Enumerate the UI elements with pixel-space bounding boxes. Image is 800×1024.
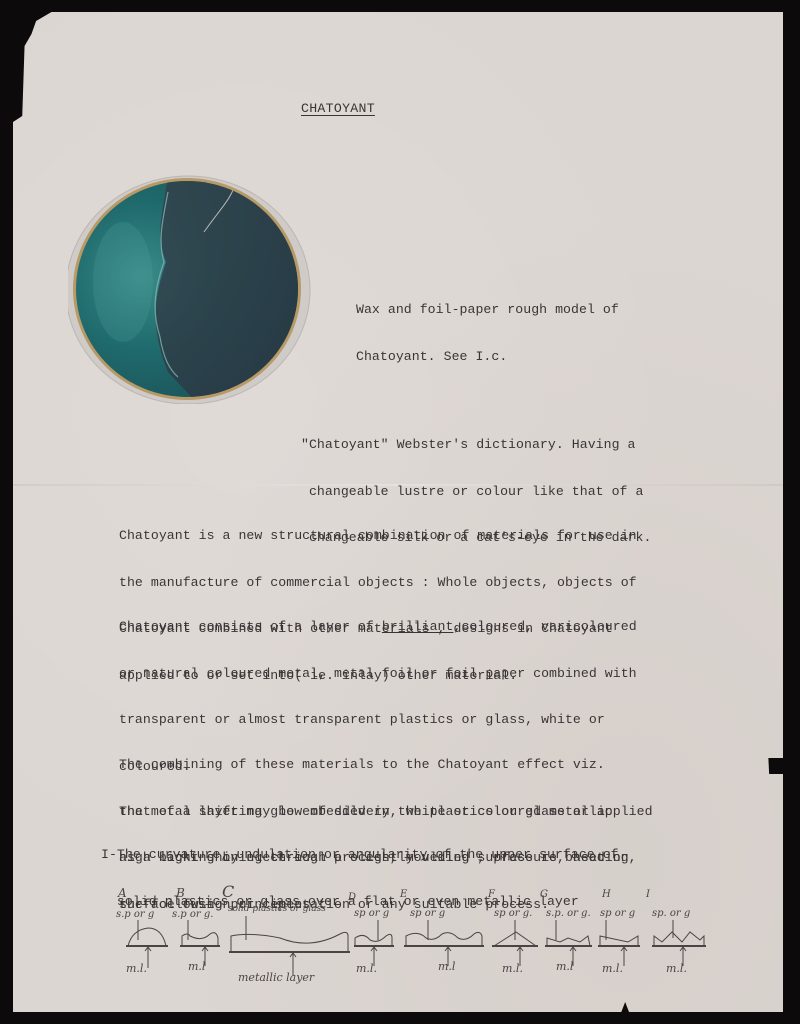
svg-text:F: F	[487, 889, 496, 900]
sample-caption-line: Chatoyant. See I.c.	[356, 349, 619, 365]
diagram-e: E sp or g m.l	[399, 889, 484, 973]
svg-text:H: H	[601, 889, 611, 900]
diagram-c: C solid plastics or glass metallic layer	[222, 882, 350, 984]
svg-text:s.p or g: s.p or g	[116, 909, 154, 920]
svg-text:A: A	[117, 886, 127, 900]
diagram-h: H sp or g m.l.	[598, 889, 640, 975]
paragraph-line: Chatoyant consists of a layer of brillia…	[119, 619, 653, 635]
paragraph-line: The combining of these materials to the …	[119, 757, 629, 773]
svg-text:m.l: m.l	[188, 960, 206, 973]
svg-text:s.p or g.: s.p or g.	[172, 909, 213, 920]
chatoyant-sample-disc	[68, 172, 312, 404]
paragraph-line: I-The curvature, undulation or angularit…	[101, 847, 619, 863]
underlined-word: brilliant	[382, 619, 454, 634]
cross-section-diagrams: A s.p or g m.l. B s.p or g. m.l C solid …	[110, 880, 720, 990]
svg-text:m.l.: m.l.	[602, 962, 623, 975]
svg-text:m.l: m.l	[438, 960, 456, 973]
svg-text:D: D	[347, 892, 356, 903]
paragraph-line: Chatoyant is a new structural combinatio…	[119, 528, 637, 544]
paragraph-line: or natural coloured metal, metal foil or…	[119, 666, 653, 682]
diagram-i: I sp. or g m.l.	[645, 889, 706, 975]
svg-text:sp or g.: sp or g.	[494, 908, 532, 919]
svg-text:m.l.: m.l.	[502, 962, 523, 975]
svg-text:m.l: m.l	[556, 960, 574, 973]
diagram-b: B s.p or g. m.l	[172, 886, 220, 973]
svg-text:metallic layer: metallic layer	[238, 971, 315, 984]
svg-text:E: E	[399, 889, 408, 900]
svg-text:sp or g: sp or g	[354, 908, 389, 919]
svg-text:sp or g: sp or g	[410, 908, 445, 919]
definition-line: "Chatoyant" Webster's dictionary. Having…	[301, 437, 651, 453]
svg-text:m.l.: m.l.	[126, 962, 147, 975]
svg-text:C: C	[222, 882, 234, 901]
sample-caption: Wax and foil-paper rough model of Chatoy…	[356, 271, 619, 380]
svg-text:solid plastics or glass: solid plastics or glass	[228, 904, 326, 914]
diagram-d: D sp or g m.l.	[347, 892, 394, 975]
svg-text:G: G	[540, 889, 548, 900]
svg-text:m.l.: m.l.	[356, 962, 377, 975]
diagram-f: F sp or g. m.l.	[487, 889, 538, 975]
sample-caption-line: Wax and foil-paper rough model of	[356, 302, 619, 318]
svg-text:I: I	[645, 889, 651, 900]
svg-text:sp. or g: sp. or g	[652, 908, 690, 919]
page-title: CHATOYANT	[301, 101, 375, 117]
diagram-a: A s.p or g m.l.	[116, 886, 168, 975]
diagram-g: G s.p. or g. m.l	[540, 889, 592, 973]
svg-text:sp or g: sp or g	[600, 908, 635, 919]
svg-text:B: B	[175, 886, 185, 900]
svg-text:s.p. or g.: s.p. or g.	[546, 908, 591, 919]
svg-text:m.l.: m.l.	[666, 962, 687, 975]
